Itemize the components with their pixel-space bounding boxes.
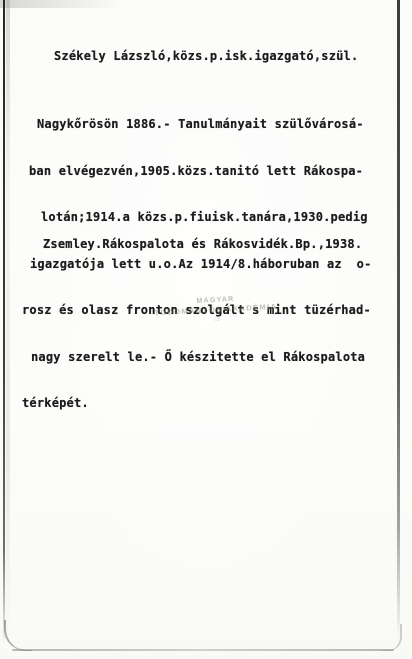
card-body-paragraph: Nagykőrösön 1886.- Tanulmányait szülővár… bbox=[0, 86, 412, 443]
card-corner-bottom-right bbox=[382, 624, 402, 651]
scan-top-smudge bbox=[0, 0, 120, 8]
body-text-line: lotán;1914.a közs.p.fiuisk.tanára,1930.p… bbox=[41, 210, 412, 226]
body-text-line: ban elvégezvén,1905.közs.tanitó lett Rák… bbox=[29, 164, 412, 180]
citation-line: Zsemley.Rákospalota és Rákosvidék.Bp.,19… bbox=[43, 237, 362, 253]
body-text-line: igazgatója lett u.o.Az 1914/8.háboruban … bbox=[30, 257, 412, 273]
body-text-line: Nagykőrösön 1886.- Tanulmányait szülővár… bbox=[37, 117, 412, 133]
card-corner-bottom-left bbox=[4, 620, 32, 651]
body-text-line: térképét. bbox=[22, 396, 412, 412]
card-heading: Székely Lázszló,közs.p.isk.igazgató,szül… bbox=[54, 49, 358, 65]
card-edge-bottom bbox=[12, 649, 394, 651]
scanned-card: Székely Lázszló,közs.p.isk.igazgató,szül… bbox=[0, 0, 412, 659]
body-text-line: nagy szerelt le.- Ő készitette el Rákosp… bbox=[31, 350, 412, 366]
